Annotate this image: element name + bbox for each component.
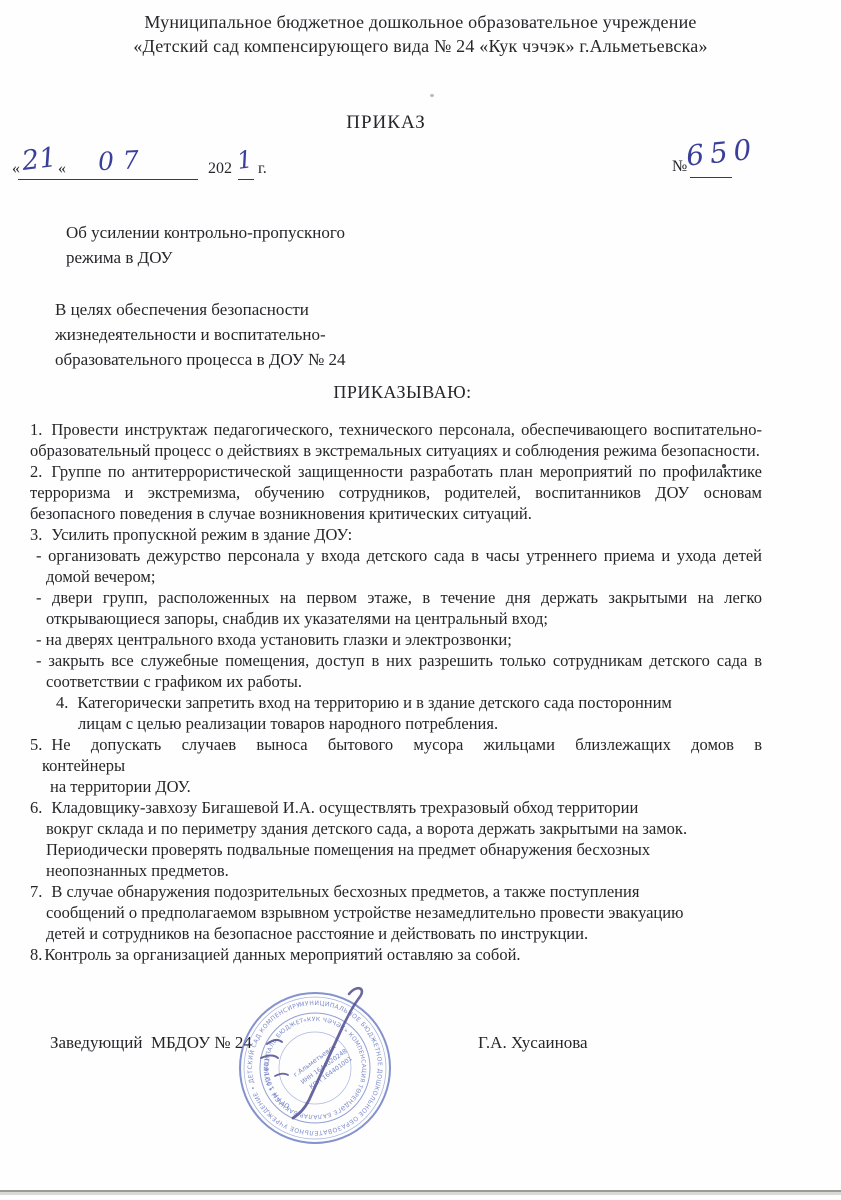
org-name-line1: Муниципальное бюджетное дошкольное образ… [0, 10, 841, 34]
resolve-word: ПРИКАЗЫВАЮ: [0, 382, 805, 403]
scan-speck [430, 94, 434, 97]
date-quote-close: « [58, 160, 66, 178]
stamp-outer-circle [240, 993, 390, 1143]
number-underline [690, 177, 732, 178]
date-year-printed: 202 [208, 160, 232, 178]
org-name-line2: «Детский сад компенсирующего вида № 24 «… [0, 34, 841, 58]
round-stamp: МУНИЦИПАЛЬНОЕ БЮДЖЕТНОЕ ДОШКОЛЬНОЕ ОБРАЗ… [227, 980, 403, 1156]
subject-line2: режима в ДОУ [66, 245, 345, 270]
stamp-outer-ring-text: МУНИЦИПАЛЬНОЕ БЮДЖЕТНОЕ ДОШКОЛЬНОЕ ОБРАЗ… [227, 980, 397, 1156]
preamble-line1: В целях обеспечения безопасности [55, 297, 346, 322]
item-text: Контроль за организацией данных мероприя… [44, 945, 520, 964]
item-number: 1. [30, 420, 42, 439]
handwritten-day: 21 [20, 142, 58, 177]
doc-title: ПРИКАЗ [0, 112, 772, 134]
date-underline [18, 179, 198, 180]
item-text: Усилить пропускной режим в здание ДОУ: [51, 525, 352, 544]
item-line: 5.Не допускать случаев выноса бытового м… [30, 734, 762, 755]
handwritten-order-number: 650 [684, 132, 759, 172]
stamp-mid-circle [260, 1013, 370, 1123]
date-line: « « 202 г. 21 07 1 [12, 152, 292, 192]
order-items: 1.Провести инструктаж педагогического, т… [30, 419, 762, 965]
item-number: 4. [56, 693, 68, 712]
item-number: 8. [30, 945, 42, 964]
preamble-line3: образовательного процесса в ДОУ № 24 [55, 347, 346, 372]
item-text: Не допускать случаев выноса бытового мус… [51, 735, 762, 754]
order-item-7: 7.В случае обнаружения подозрительных бе… [30, 881, 762, 944]
item-number: 6. [30, 798, 42, 817]
signature-name: Г.А. Хусаинова [478, 1033, 588, 1053]
item-line: контейнеры [42, 755, 762, 776]
item-number: 5. [30, 735, 42, 754]
preamble-line2: жизнедеятельности и воспитательно- [55, 322, 346, 347]
order-item-5: 5.Не допускать случаев выноса бытового м… [30, 734, 762, 797]
item-text: Провести инструктаж педагогического, тех… [30, 420, 762, 460]
item-text: Кладовщику-завхозу Бигашевой И.А. осущес… [46, 798, 687, 880]
stamp-outer-ring-text-holder: МУНИЦИПАЛЬНОЕ БЮДЖЕТНОЕ ДОШКОЛЬНОЕ ОБРАЗ… [227, 980, 397, 1156]
handwritten-year-digit: 1 [235, 145, 254, 175]
order-item-3-sub-2: - двери групп, расположенных на первом э… [30, 587, 762, 629]
order-subject: Об усилении контрольно-пропускного режим… [66, 220, 345, 270]
number-sign: № [672, 158, 687, 175]
item-text: В случае обнаружения подозрительных бесх… [46, 882, 683, 943]
item-number: 7. [30, 882, 42, 901]
order-item-3-sub-1: - организовать дежурство персонала у вхо… [30, 545, 762, 587]
item-line: на территории ДОУ. [50, 776, 762, 797]
scanned-order-page: Муниципальное бюджетное дошкольное образ… [0, 0, 841, 1200]
item-number: 3. [30, 525, 42, 544]
order-item-4: 4.Категорически запретить вход на террит… [56, 692, 762, 734]
signature-position: Заведующий МБДОУ № 24 [50, 1033, 252, 1053]
order-item-3-sub-3: - на дверях центрального входа установит… [30, 629, 762, 650]
date-year-suffix: г. [258, 160, 267, 178]
scan-bottom-edge-shadow [0, 1192, 841, 1195]
org-header: Муниципальное бюджетное дошкольное образ… [0, 10, 841, 58]
item-text: Группе по антитеррористической защищенно… [30, 462, 762, 523]
order-item-1: 1.Провести инструктаж педагогического, т… [30, 419, 762, 461]
order-item-3-sub-4: - закрыть все служебные помещения, досту… [30, 650, 762, 692]
order-preamble: В целях обеспечения безопасности жизнеде… [55, 297, 346, 372]
item-text: Категорически запретить вход на территор… [77, 693, 672, 733]
scan-speck [722, 464, 726, 468]
subject-line1: Об усилении контрольно-пропускного [66, 220, 345, 245]
date-year-underline [238, 179, 254, 180]
order-number-line: № 650 [672, 158, 802, 176]
item-number: 2. [30, 462, 42, 481]
order-item-8: 8.Контроль за организацией данных меропр… [30, 944, 762, 965]
handwritten-month: 07 [97, 145, 148, 177]
order-item-2: 2.Группе по антитеррористической защищен… [30, 461, 762, 524]
date-quote-open: « [12, 160, 20, 178]
order-item-3: 3.Усилить пропускной режим в здание ДОУ: [30, 524, 762, 545]
order-item-6: 6.Кладовщику-завхозу Бигашевой И.А. осущ… [30, 797, 762, 881]
